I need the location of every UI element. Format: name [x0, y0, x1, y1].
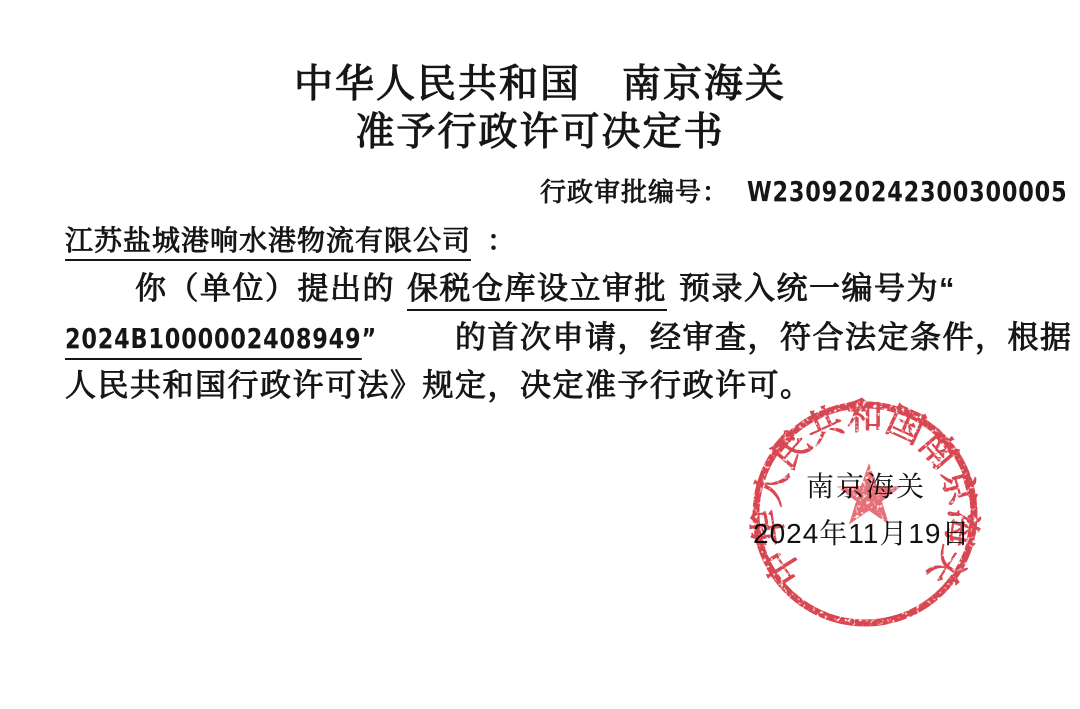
approval-number-value: W230920242300300005	[747, 175, 1067, 208]
recipient-line: 江苏盐城港响水港物流有限公司：	[65, 219, 516, 259]
license-item-name: 保税仓库设立审批	[407, 271, 667, 311]
close-quote: ”	[361, 322, 377, 355]
approval-number-label: 行政审批编号：	[540, 177, 729, 207]
pre-entry-number-value: 2024B1000002408949	[65, 322, 361, 360]
document-title-authority: 中华人民共和国 南京海关	[0, 62, 1080, 108]
body-text-after-item: 预录入统一编号为“	[679, 271, 956, 306]
body-text-line2: 的首次申请，经审查，符合法定条件，根据《中华	[455, 320, 1080, 355]
body-text-before-item: 你（单位）提出的	[135, 271, 395, 306]
recipient-colon: ：	[487, 225, 516, 256]
body-paragraph-line-1: 你（单位）提出的保税仓库设立审批预录入统一编号为“	[135, 269, 956, 309]
body-paragraph-line-3: 人民共和国行政许可法》规定，决定准予行政许可。	[65, 366, 813, 406]
body-paragraph-line-2: 2024B1000002408949”的首次申请，经审查，符合法定条件，根据《中…	[65, 318, 1080, 359]
document-title-type: 准予行政许可决定书	[0, 110, 1080, 156]
license-decision-document: 中华人民共和国 南京海关 准予行政许可决定书 行政审批编号：W230920242…	[0, 0, 1080, 709]
approval-number-line: 行政审批编号：W230920242300300005	[540, 172, 1080, 209]
recipient-name: 江苏盐城港响水港物流有限公司	[65, 225, 471, 261]
issue-date: 2024年11月19日	[753, 512, 971, 552]
pre-entry-number-group: 2024B1000002408949”	[65, 319, 377, 359]
issuer-name: 南京海关	[806, 465, 926, 505]
